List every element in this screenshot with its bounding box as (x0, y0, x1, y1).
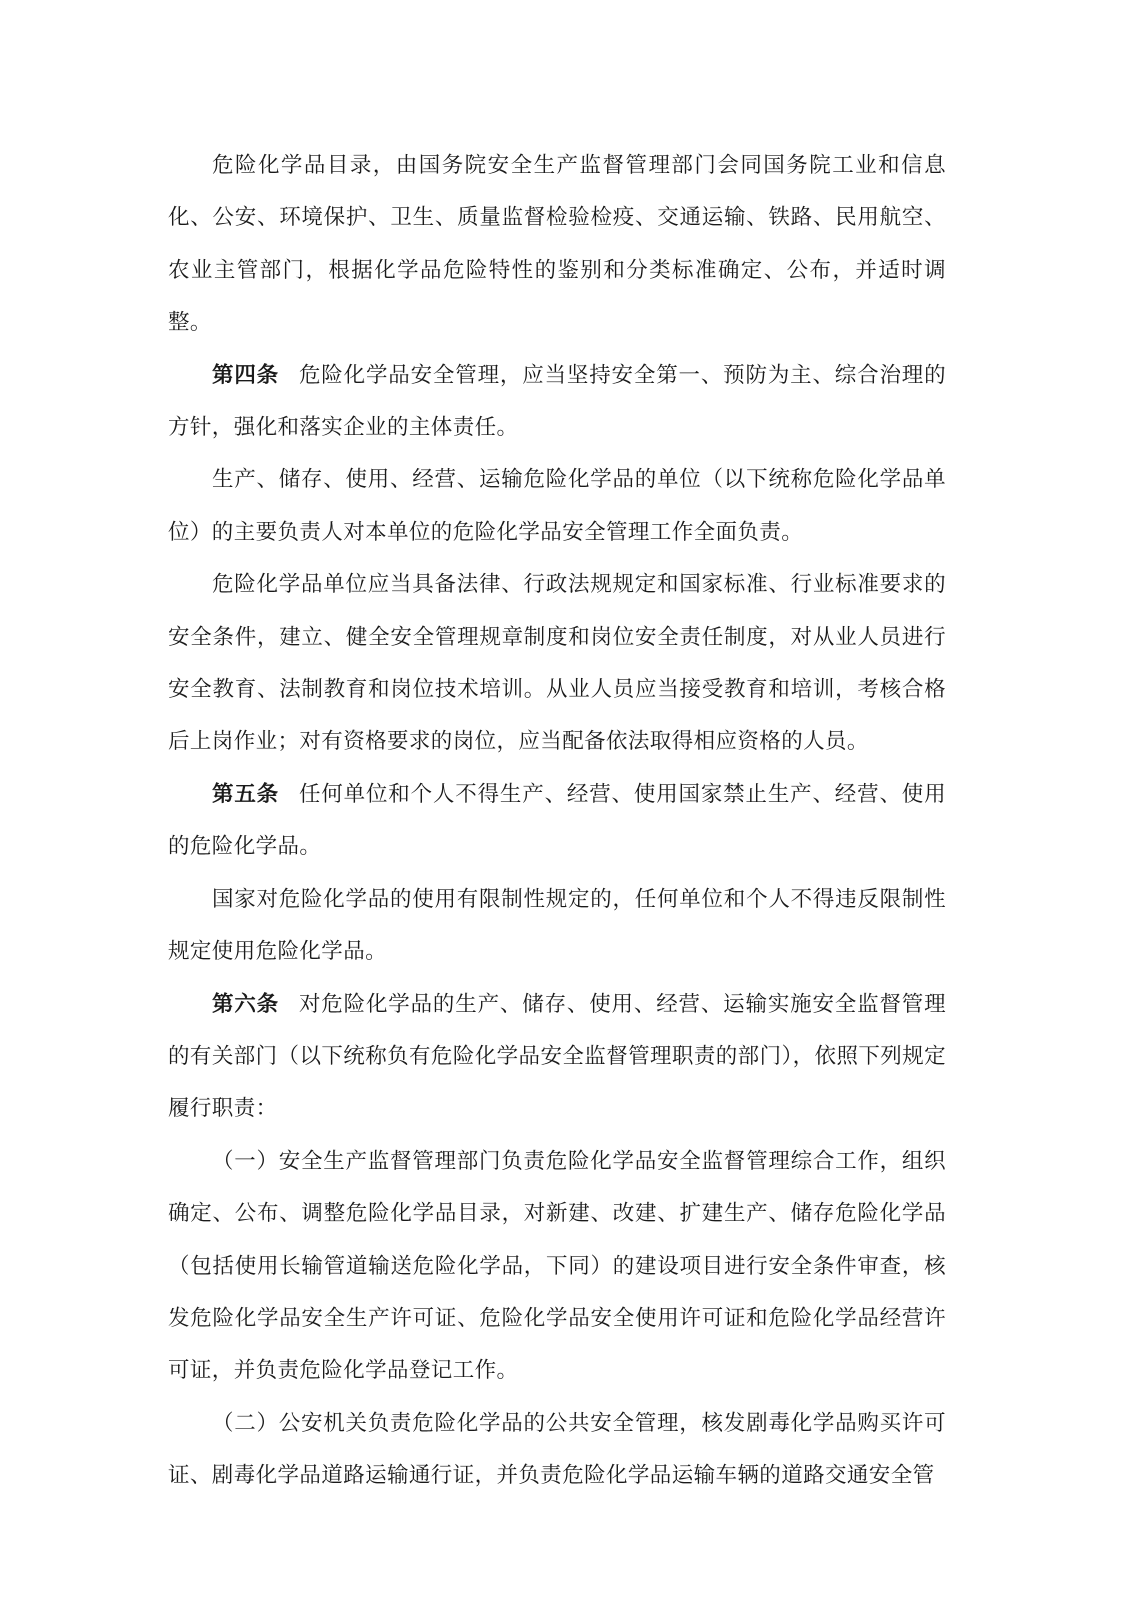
article-5: 第五条任何单位和个人不得生产、经营、使用国家禁止生产、经营、使用的危险化学品。 (168, 769, 946, 874)
paragraph-text: 危险化学品单位应当具备法律、行政法规规定和国家标准、行业标准要求的安全条件，建立… (168, 572, 946, 754)
paragraph-responsible-person: 生产、储存、使用、经营、运输危险化学品的单位（以下统称危险化学品单位）的主要负责… (168, 454, 946, 559)
list-item-2: （二）公安机关负责危险化学品的公共安全管理，核发剧毒化学品购买许可证、剧毒化学品… (168, 1398, 946, 1503)
paragraph-catalog: 危险化学品目录，由国务院安全生产监督管理部门会同国务院工业和信息化、公安、环境保… (168, 140, 946, 350)
article-4: 第四条危险化学品安全管理，应当坚持安全第一、预防为主、综合治理的方针，强化和落实… (168, 350, 946, 455)
article-6: 第六条对危险化学品的生产、储存、使用、经营、运输实施安全监督管理的有关部门（以下… (168, 979, 946, 1136)
article-text: 任何单位和个人不得生产、经营、使用国家禁止生产、经营、使用的危险化学品。 (168, 782, 946, 859)
paragraph-text: 危险化学品目录，由国务院安全生产监督管理部门会同国务院工业和信息化、公安、环境保… (168, 153, 946, 335)
list-item-text: （二）公安机关负责危险化学品的公共安全管理，核发剧毒化学品购买许可证、剧毒化学品… (168, 1411, 946, 1488)
article-number: 第六条 (212, 992, 279, 1017)
document-page: 危险化学品目录，由国务院安全生产监督管理部门会同国务院工业和信息化、公安、环境保… (168, 140, 946, 1503)
paragraph-restrictions: 国家对危险化学品的使用有限制性规定的，任何单位和个人不得违反限制性规定使用危险化… (168, 874, 946, 979)
paragraph-safety-conditions: 危险化学品单位应当具备法律、行政法规规定和国家标准、行业标准要求的安全条件，建立… (168, 559, 946, 769)
list-item-text: （一）安全生产监督管理部门负责危险化学品安全监督管理综合工作，组织确定、公布、调… (168, 1149, 946, 1384)
paragraph-text: 生产、储存、使用、经营、运输危险化学品的单位（以下统称危险化学品单位）的主要负责… (168, 467, 946, 544)
article-text: 对危险化学品的生产、储存、使用、经营、运输实施安全监督管理的有关部门（以下统称负… (168, 992, 946, 1122)
list-item-1: （一）安全生产监督管理部门负责危险化学品安全监督管理综合工作，组织确定、公布、调… (168, 1136, 946, 1398)
paragraph-text: 国家对危险化学品的使用有限制性规定的，任何单位和个人不得违反限制性规定使用危险化… (168, 887, 946, 964)
article-text: 危险化学品安全管理，应当坚持安全第一、预防为主、综合治理的方针，强化和落实企业的… (168, 363, 946, 440)
article-number: 第四条 (212, 363, 279, 388)
article-number: 第五条 (212, 782, 279, 807)
